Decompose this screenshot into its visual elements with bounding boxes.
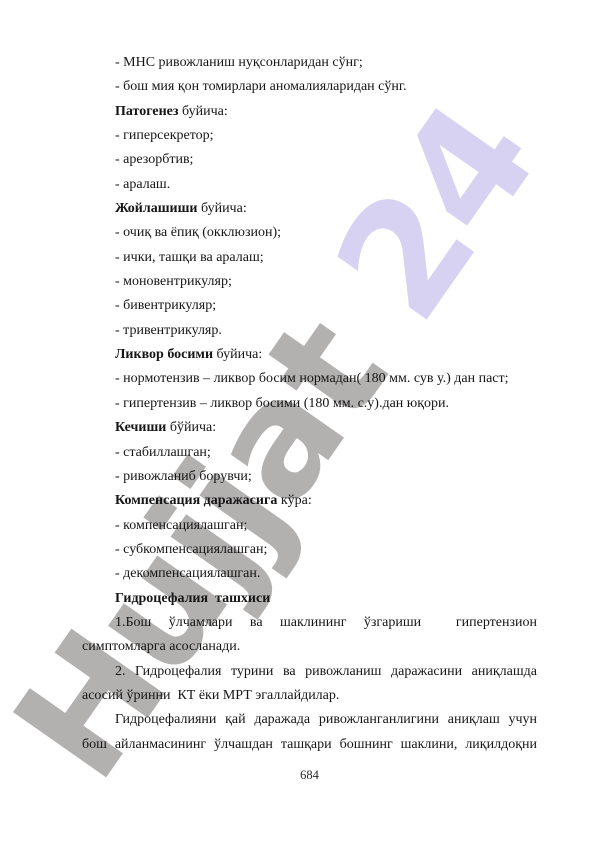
text-segment-bold: Жойлашиши: [115, 201, 197, 216]
text-segment: - ривожланиб борувчи;: [115, 469, 252, 484]
text-line: - аралаш.: [82, 173, 537, 197]
text-line: бош айланмасининг ўлчашдан ташқари бошни…: [82, 733, 537, 757]
text-segment-bold: Патогенез: [115, 104, 179, 119]
text-line: Гидроцефалия ташхиси: [82, 587, 537, 611]
text-segment: - тривентрикуляр.: [115, 323, 222, 338]
text-segment: - бош мия қон томирлари аномалияларидан …: [115, 79, 407, 94]
text-line: - бивентрикуляр;: [82, 294, 537, 318]
text-segment: - нормотензив – ликвор босим нормадан( 1…: [115, 371, 509, 386]
text-segment: - моновентрикуляр;: [115, 274, 232, 289]
text-line: - гипертензив – ликвор босими (180 мм. с…: [82, 392, 537, 416]
text-line: - моновентрикуляр;: [82, 270, 537, 294]
text-segment: - стабиллашган;: [115, 445, 211, 460]
text-segment: - аралаш.: [115, 177, 170, 192]
text-segment: - бивентрикуляр;: [115, 298, 216, 313]
text-line: - субкомпенсациялашган;: [82, 538, 537, 562]
text-segment-bold: Ликвор босими: [115, 347, 213, 362]
text-segment: - субкомпенсациялашган;: [115, 542, 267, 557]
text-line: - ички, ташқи ва аралаш;: [82, 246, 537, 270]
text-segment: - очиқ ва ёпиқ (окклюзион);: [115, 225, 281, 240]
text-line: симптомларга асосланади.: [82, 635, 537, 659]
text-segment: - гиперсекретор;: [115, 128, 214, 143]
text-line: - нормотензив – ликвор босим нормадан( 1…: [82, 367, 537, 391]
text-segment-bold: Гидроцефалия ташхиси: [115, 591, 270, 606]
text-segment: асосий ўринни КТ ёки МРТ эгаллайдилар.: [82, 688, 339, 703]
text-line: - стабиллашган;: [82, 441, 537, 465]
text-segment-bold: Кечиши: [115, 420, 166, 435]
text-line: Компенсация даражасига кўра:: [82, 489, 537, 513]
text-line: асосий ўринни КТ ёки МРТ эгаллайдилар.: [82, 684, 537, 708]
text-line: 1.Бош ўлчамлари ва шаклининг ўзгариши ги…: [82, 611, 537, 635]
text-segment: - МНС ривожланиш нуқсонларидан сўнг;: [115, 55, 363, 70]
text-segment: - компенсациялашган;: [115, 518, 247, 533]
text-segment: 1.Бош ўлчамлари ва шаклининг ўзгариши ги…: [115, 615, 537, 630]
text-segment: кўра:: [277, 493, 311, 508]
text-segment: буйича:: [197, 201, 246, 216]
text-segment: Гидроцефалияни қай даражада ривожланганл…: [115, 712, 537, 727]
page-number: 684: [82, 768, 537, 783]
text-line: 2. Гидроцефалия турини ва ривожланиш дар…: [82, 660, 537, 684]
text-segment-bold: Компенсация даражасига: [115, 493, 277, 508]
text-line: Ликвор босими буйича:: [82, 343, 537, 367]
text-line: - ривожланиб борувчи;: [82, 465, 537, 489]
text-line: Гидроцефалияни қай даражада ривожланганл…: [82, 708, 537, 732]
text-segment: симптомларга асосланади.: [82, 639, 240, 654]
text-segment: - декомпенсациялашган.: [115, 566, 260, 581]
document-content: - МНС ривожланиш нуқсонларидан сўнг;- бо…: [82, 51, 537, 757]
text-line: - МНС ривожланиш нуқсонларидан сўнг;: [82, 51, 537, 75]
document-page: Hujjat 24 - МНС ривожланиш нуқсонларидан…: [0, 0, 596, 842]
text-segment: - арезорбтив;: [115, 152, 193, 167]
text-segment: - ички, ташқи ва аралаш;: [115, 250, 264, 265]
text-line: - гиперсекретор;: [82, 124, 537, 148]
text-segment: бош айланмасининг ўлчашдан ташқари бошни…: [82, 737, 537, 752]
text-line: - компенсациялашган;: [82, 514, 537, 538]
text-segment: буйича:: [213, 347, 262, 362]
text-segment: - гипертензив – ликвор босими (180 мм. с…: [115, 396, 449, 411]
text-line: Кечиши бўйича:: [82, 416, 537, 440]
text-line: Жойлашиши буйича:: [82, 197, 537, 221]
text-segment: бўйича:: [166, 420, 216, 435]
text-line: - тривентрикуляр.: [82, 319, 537, 343]
text-line: Патогенез буйича:: [82, 100, 537, 124]
text-line: - декомпенсациялашган.: [82, 562, 537, 586]
text-line: - очиқ ва ёпиқ (окклюзион);: [82, 221, 537, 245]
text-segment: буйича:: [179, 104, 228, 119]
text-line: - арезорбтив;: [82, 148, 537, 172]
text-line: - бош мия қон томирлари аномалияларидан …: [82, 75, 537, 99]
text-segment: 2. Гидроцефалия турини ва ривожланиш дар…: [115, 664, 537, 679]
